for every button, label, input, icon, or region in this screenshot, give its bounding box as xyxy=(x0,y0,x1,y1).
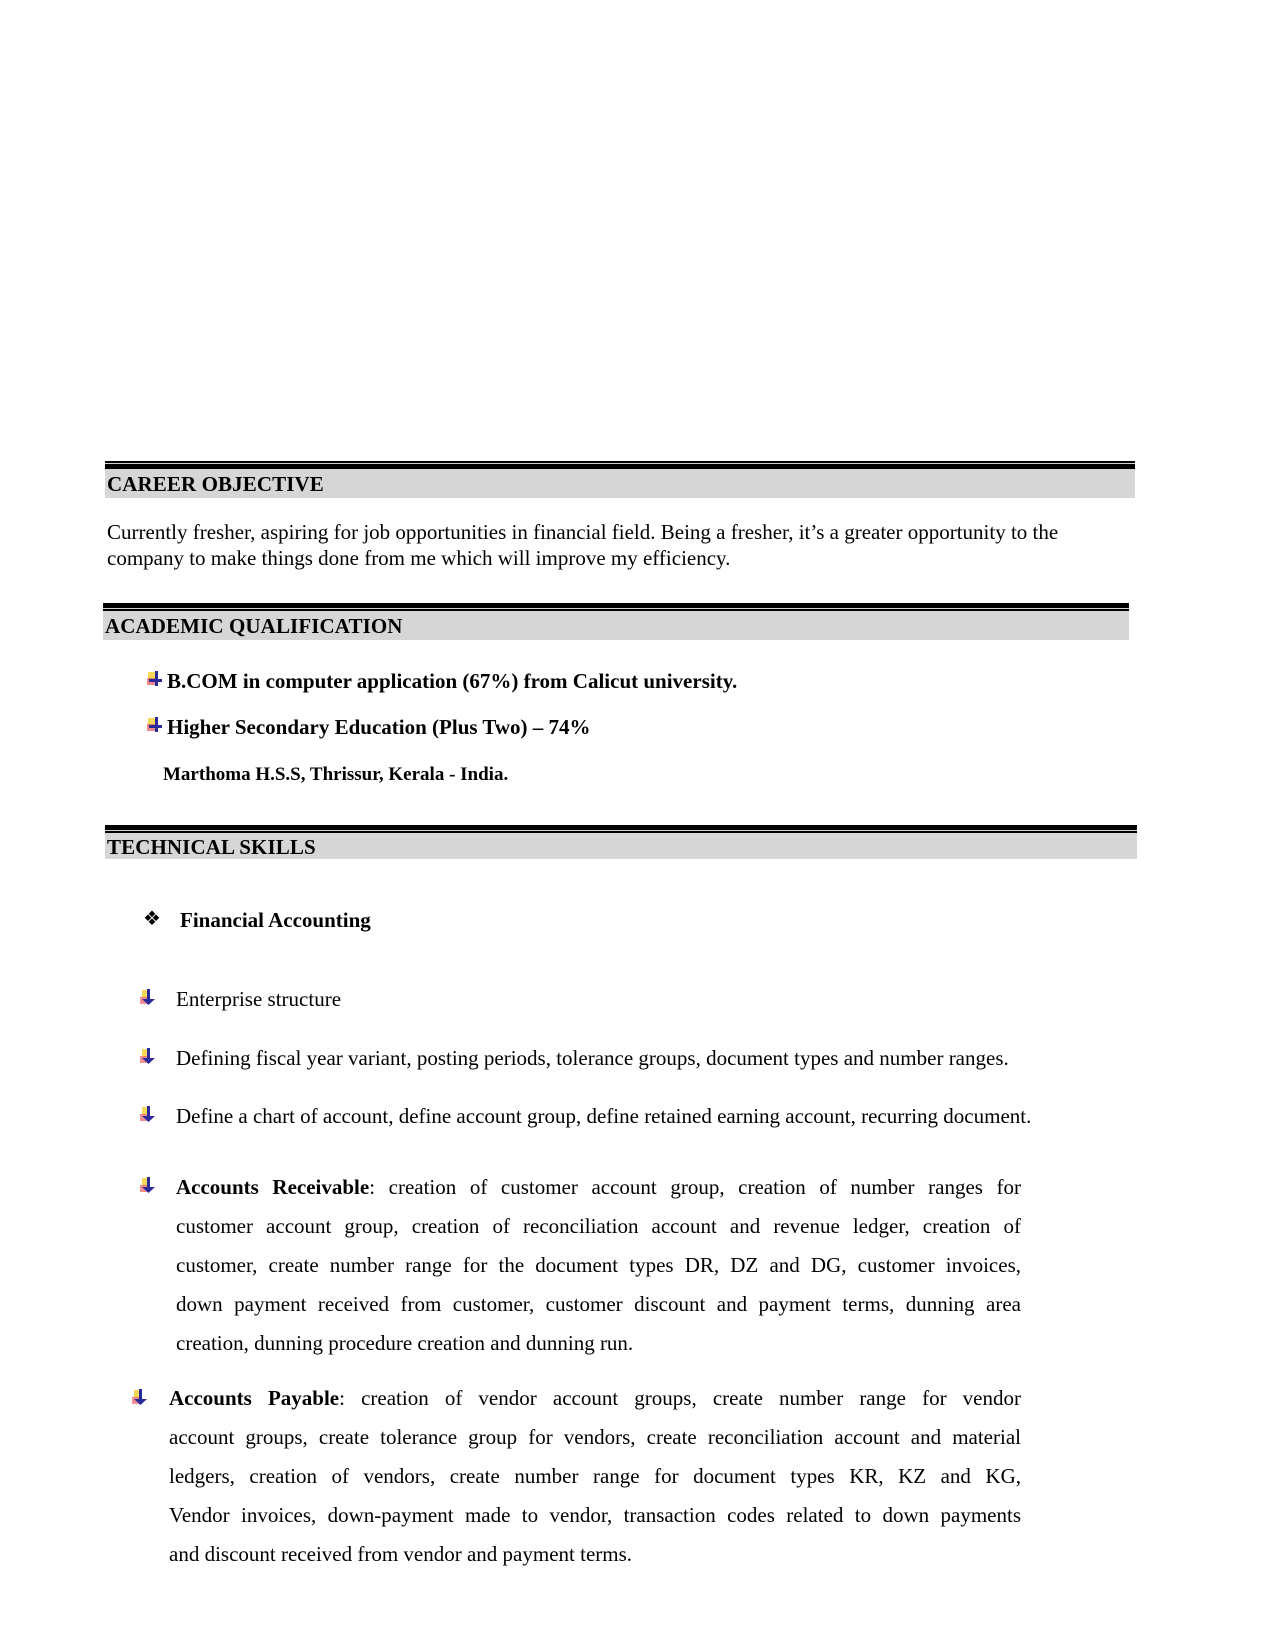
skill-subheading: Financial Accounting xyxy=(180,908,371,933)
receivable-line: down payment received from customer, cus… xyxy=(176,1285,1021,1324)
arrow-bullet-icon xyxy=(139,1177,157,1195)
section-title: TECHNICAL SKILLS xyxy=(105,833,1137,859)
accounts-payable-block: Accounts Payable: creation of vendor acc… xyxy=(169,1379,1021,1574)
arrow-bullet-icon xyxy=(139,1106,157,1124)
receivable-line: creation, dunning procedure creation and… xyxy=(176,1324,1021,1363)
payable-line: ledgers, creation of vendors, create num… xyxy=(169,1457,1021,1496)
arrow-bullet-icon xyxy=(131,1389,149,1407)
career-objective-heading: CAREER OBJECTIVE xyxy=(105,461,1135,498)
academic-item: Higher Secondary Education (Plus Two) – … xyxy=(167,715,591,740)
technical-skills-heading: TECHNICAL SKILLS xyxy=(105,825,1137,859)
skill-item: Enterprise structure xyxy=(176,987,341,1012)
academic-qualification-heading: ACADEMIC QUALIFICATION xyxy=(103,603,1129,640)
receivable-line: Accounts Receivable: creation of custome… xyxy=(176,1168,1021,1207)
academic-item: B.COM in computer application (67%) from… xyxy=(167,669,737,694)
payable-text: : creation of vendor account groups, cre… xyxy=(339,1386,1021,1410)
section-title: CAREER OBJECTIVE xyxy=(105,469,1135,498)
payable-label: Accounts Payable xyxy=(169,1386,339,1410)
receivable-line: customer account group, creation of reco… xyxy=(176,1207,1021,1246)
career-line: Currently fresher, aspiring for job oppo… xyxy=(107,519,1157,545)
section-title: ACADEMIC QUALIFICATION xyxy=(103,611,1129,640)
skill-item: Define a chart of account, define accoun… xyxy=(176,1104,1031,1129)
arrow-bullet-icon xyxy=(146,716,164,734)
diamond-cluster-icon: ❖ xyxy=(143,906,161,931)
career-line: company to make things done from me whic… xyxy=(107,545,1157,571)
skill-item: Defining fiscal year variant, posting pe… xyxy=(176,1046,1009,1071)
payable-line: and discount received from vendor and pa… xyxy=(169,1535,1021,1574)
school-name: Marthoma H.S.S, Thrissur, Kerala - India… xyxy=(163,764,508,786)
receivable-text: : creation of customer account group, cr… xyxy=(369,1175,1021,1199)
receivable-label: Accounts Receivable xyxy=(176,1175,369,1199)
receivable-line: customer, create number range for the do… xyxy=(176,1246,1021,1285)
payable-line: Accounts Payable: creation of vendor acc… xyxy=(169,1379,1021,1418)
arrow-bullet-icon xyxy=(139,1048,157,1066)
payable-line: account groups, create tolerance group f… xyxy=(169,1418,1021,1457)
arrow-bullet-icon xyxy=(146,670,164,688)
accounts-receivable-block: Accounts Receivable: creation of custome… xyxy=(176,1168,1021,1363)
career-objective-text: Currently fresher, aspiring for job oppo… xyxy=(107,519,1157,571)
arrow-bullet-icon xyxy=(139,989,157,1007)
payable-line: Vendor invoices, down-payment made to ve… xyxy=(169,1496,1021,1535)
